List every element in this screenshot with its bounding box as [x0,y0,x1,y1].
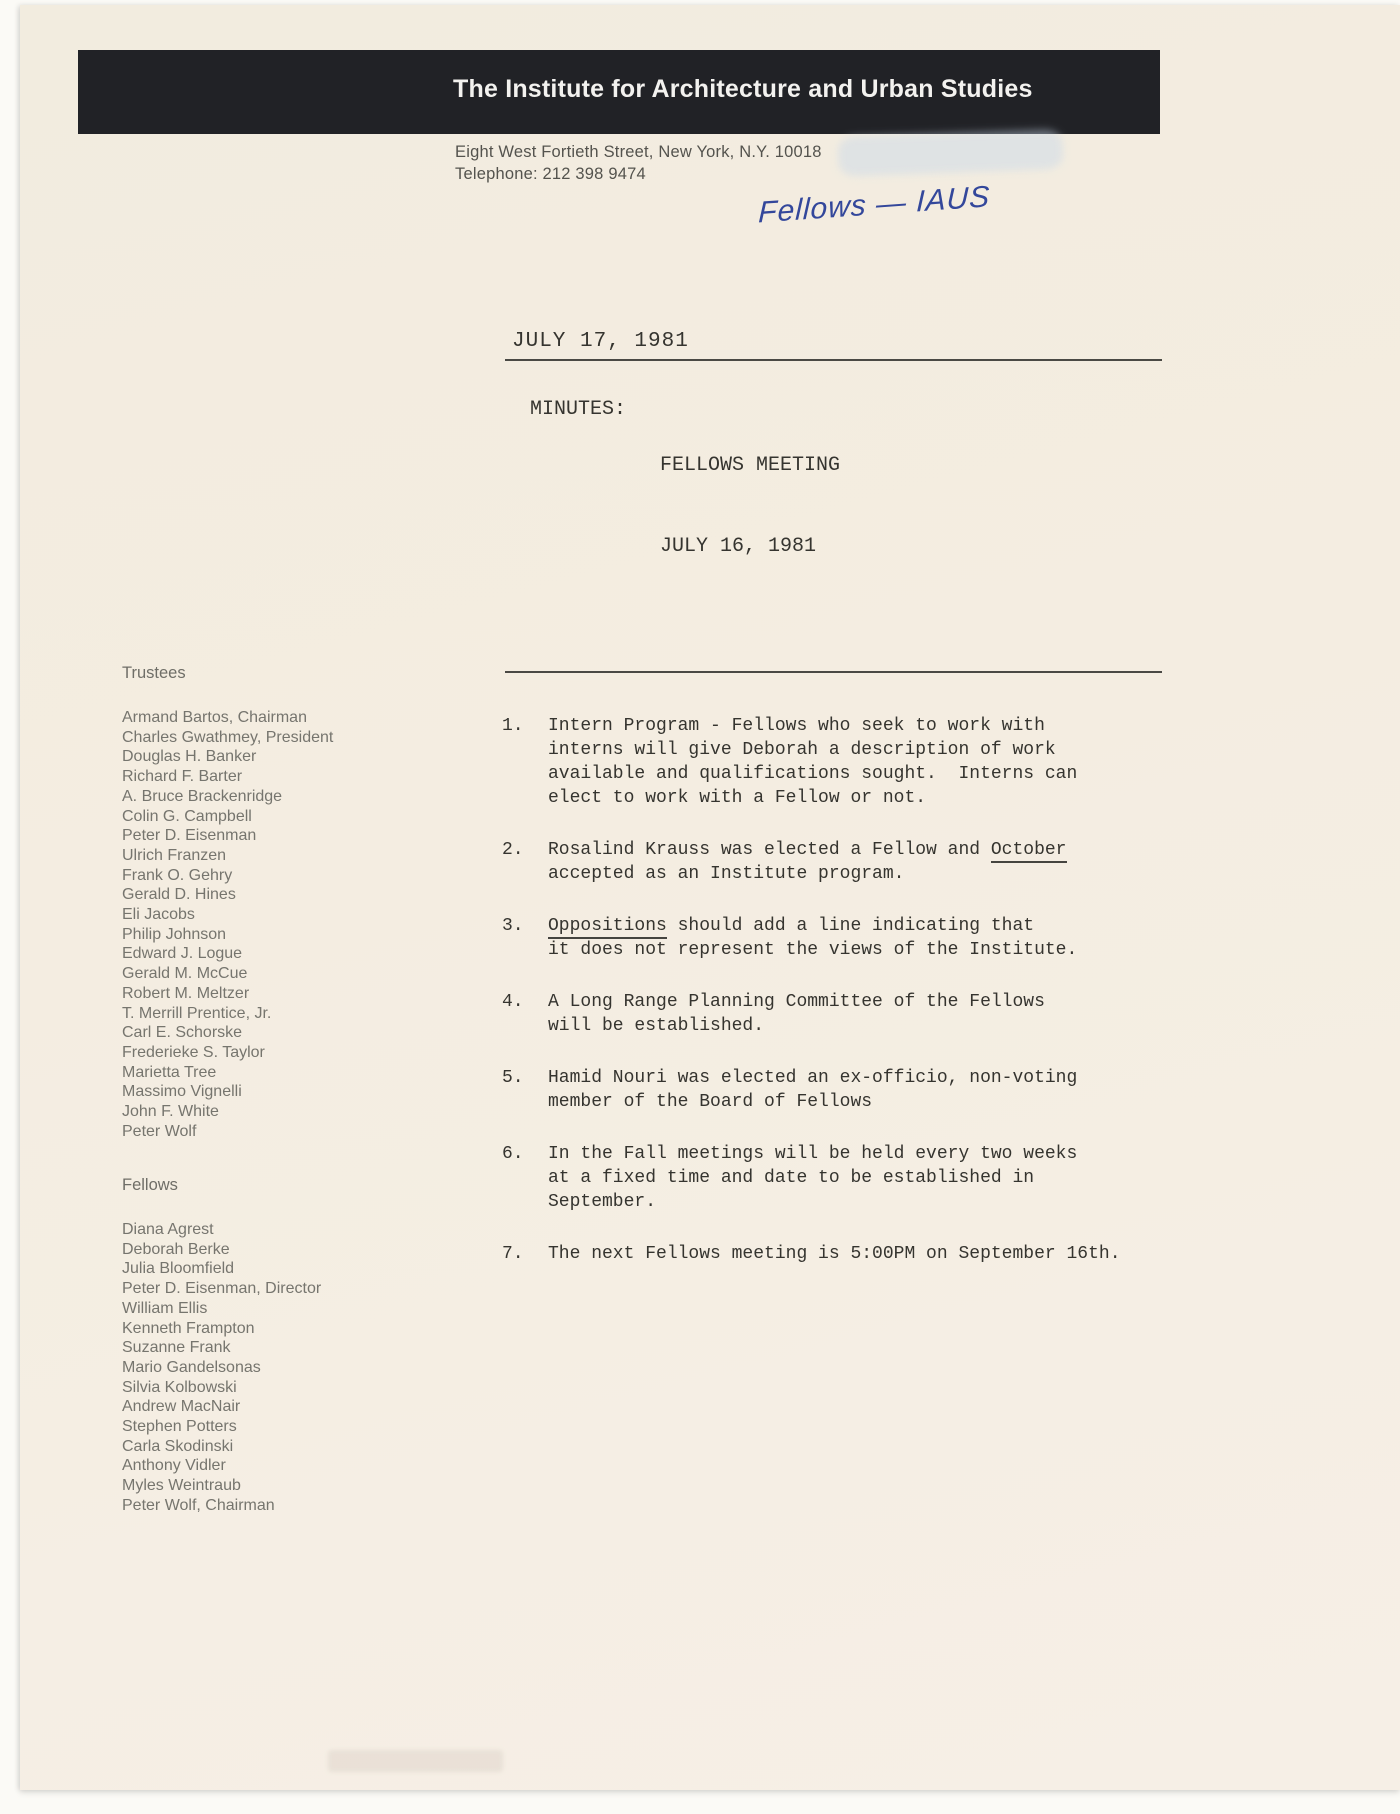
date-underline-rule [505,359,1162,361]
trustees-heading: Trustees [122,664,186,683]
item-text-line: at a fixed time and date to be establish… [548,1166,1192,1190]
fellow-name: William Ellis [122,1299,321,1319]
erased-ink-smudge [837,129,1063,177]
bleedthrough-smudge [328,1750,503,1772]
section-divider-rule [505,671,1162,673]
letterhead-title: The Institute for Architecture and Urban… [78,75,1033,110]
fellow-name: Andrew MacNair [122,1397,321,1417]
item-text: Intern Program - Fellows who seek to wor… [548,714,1192,810]
minutes-item: 3.Oppositions should add a line indicati… [502,914,1192,962]
item-text-line: interns will give Deborah a description … [548,738,1192,762]
trustee-name: Frederieke S. Taylor [122,1043,333,1063]
item-text-line: available and qualifications sought. Int… [548,762,1192,786]
item-text-line: elect to work with a Fellow or not. [548,786,1192,810]
fellow-name: Suzanne Frank [122,1338,321,1358]
trustee-name: Massimo Vignelli [122,1082,333,1102]
trustee-name: Douglas H. Banker [122,747,333,767]
minutes-subject: FELLOWS MEETING [660,452,840,479]
minutes-meeting-date: JULY 16, 1981 [660,533,840,560]
fellow-name: Carla Skodinski [122,1437,321,1457]
letterhead-address: Eight West Fortieth Street, New York, N.… [455,141,822,185]
item-text: Rosalind Krauss was elected a Fellow and… [548,838,1192,886]
fellow-name: Silvia Kolbowski [122,1378,321,1398]
item-text-line: Oppositions should add a line indicating… [548,914,1192,938]
page-content: The Institute for Architecture and Urban… [0,0,1400,1814]
fellow-name: Peter D. Eisenman, Director [122,1279,321,1299]
minutes-label: MINUTES: [530,398,626,421]
item-text-line: In the Fall meetings will be held every … [548,1142,1192,1166]
trustee-name: Philip Johnson [122,925,333,945]
item-text: In the Fall meetings will be held every … [548,1142,1192,1214]
minutes-item: 6.In the Fall meetings will be held ever… [502,1142,1192,1214]
trustee-name: John F. White [122,1102,333,1122]
trustee-name: Carl E. Schorske [122,1023,333,1043]
item-text-line: Rosalind Krauss was elected a Fellow and… [548,838,1192,862]
trustee-name: Charles Gwathmey, President [122,728,333,748]
item-number: 3. [502,914,548,962]
trustee-name: Eli Jacobs [122,905,333,925]
trustee-name: Edward J. Logue [122,944,333,964]
item-text-line: September. [548,1190,1192,1214]
minutes-item: 4.A Long Range Planning Committee of the… [502,990,1192,1038]
item-number: 1. [502,714,548,810]
minutes-item: 2.Rosalind Krauss was elected a Fellow a… [502,838,1192,886]
item-text: A Long Range Planning Committee of the F… [548,990,1192,1038]
item-number: 2. [502,838,548,886]
trustee-name: Marietta Tree [122,1063,333,1083]
underlined-term: Oppositions [548,916,667,939]
fellows-heading: Fellows [122,1176,178,1195]
item-number: 7. [502,1242,548,1266]
trustee-name: A. Bruce Brackenridge [122,787,333,807]
item-text-line: it does not represent the views of the I… [548,938,1192,962]
trustee-name: Ulrich Franzen [122,846,333,866]
item-text-line: member of the Board of Fellows [548,1090,1192,1114]
minutes-heading-values: FELLOWS MEETING JULY 16, 1981 [660,398,840,614]
trustee-name: Robert M. Meltzer [122,984,333,1004]
item-text-line: accepted as an Institute program. [548,862,1192,886]
fellow-name: Kenneth Frampton [122,1319,321,1339]
minutes-item: 1.Intern Program - Fellows who seek to w… [502,714,1192,810]
letterhead-bar: The Institute for Architecture and Urban… [78,50,1160,134]
minutes-items: 1.Intern Program - Fellows who seek to w… [502,714,1192,1294]
item-text-line: A Long Range Planning Committee of the F… [548,990,1192,1014]
trustee-name: Gerald M. McCue [122,964,333,984]
trustee-name: Richard F. Barter [122,767,333,787]
minutes-item: 7.The next Fellows meeting is 5:00PM on … [502,1242,1192,1266]
address-street-line: Eight West Fortieth Street, New York, N.… [455,141,822,163]
fellow-name: Stephen Potters [122,1417,321,1437]
trustee-name: Peter Wolf [122,1122,333,1142]
document-date: JULY 17, 1981 [512,330,689,353]
fellow-name: Anthony Vidler [122,1456,321,1476]
item-text-line: The next Fellows meeting is 5:00PM on Se… [548,1242,1192,1266]
item-number: 6. [502,1142,548,1214]
fellows-list: Diana AgrestDeborah BerkeJulia Bloomfiel… [122,1220,321,1516]
trustee-name: Armand Bartos, Chairman [122,708,333,728]
fellow-name: Julia Bloomfield [122,1259,321,1279]
fellow-name: Mario Gandelsonas [122,1358,321,1378]
trustee-name: T. Merrill Prentice, Jr. [122,1004,333,1024]
item-text-line: Intern Program - Fellows who seek to wor… [548,714,1192,738]
underlined-term: October [991,840,1067,863]
fellow-name: Diana Agrest [122,1220,321,1240]
minutes-item: 5.Hamid Nouri was elected an ex-officio,… [502,1066,1192,1114]
fellow-name: Myles Weintraub [122,1476,321,1496]
item-text: Hamid Nouri was elected an ex-officio, n… [548,1066,1192,1114]
fellow-name: Peter Wolf, Chairman [122,1496,321,1516]
item-number: 5. [502,1066,548,1114]
trustee-name: Peter D. Eisenman [122,826,333,846]
item-text: The next Fellows meeting is 5:00PM on Se… [548,1242,1192,1266]
item-number: 4. [502,990,548,1038]
trustee-name: Colin G. Campbell [122,807,333,827]
trustees-list: Armand Bartos, ChairmanCharles Gwathmey,… [122,708,333,1141]
address-telephone-line: Telephone: 212 398 9474 [455,163,822,185]
item-text: Oppositions should add a line indicating… [548,914,1192,962]
item-text-line: will be established. [548,1014,1192,1038]
fellow-name: Deborah Berke [122,1240,321,1260]
trustee-name: Gerald D. Hines [122,885,333,905]
item-text-line: Hamid Nouri was elected an ex-officio, n… [548,1066,1192,1090]
trustee-name: Frank O. Gehry [122,866,333,886]
